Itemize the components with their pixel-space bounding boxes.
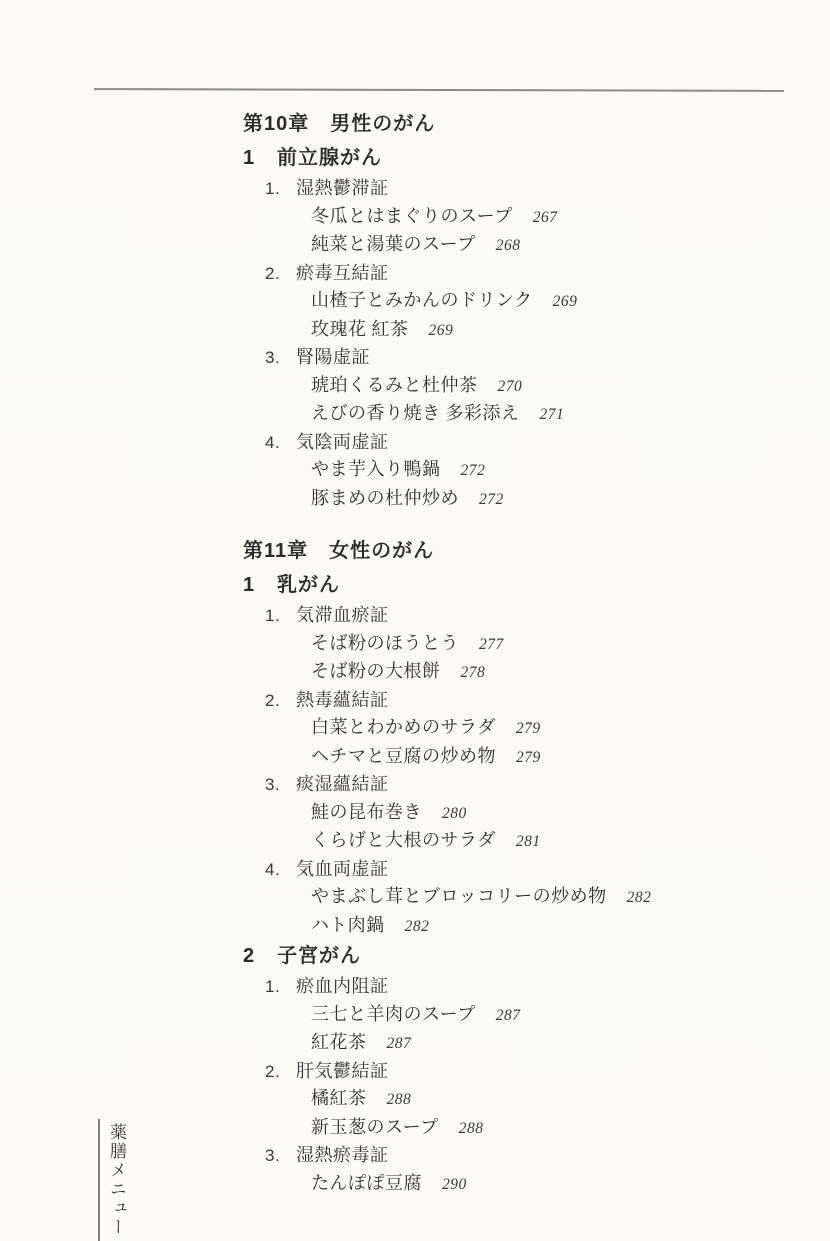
- pattern-row: 2.熱毒蘊結証: [243, 687, 743, 715]
- pattern-number: 2.: [265, 261, 296, 288]
- recipe-name: 豚まめの杜仲炒め: [311, 488, 459, 508]
- recipe-name: 冬瓜とはまぐりのスープ: [311, 206, 513, 226]
- page-number: 288: [387, 1091, 412, 1108]
- recipe-row: 玫瑰花 紅茶269: [243, 316, 743, 345]
- recipe-row: ハト肉鍋282: [243, 912, 743, 941]
- recipe-name: 白菜とわかめのサラダ: [311, 717, 496, 737]
- pattern-number: 1.: [265, 974, 296, 1001]
- page-number: 281: [516, 833, 541, 850]
- page-number: 272: [461, 462, 486, 479]
- pattern-number: 3.: [265, 345, 296, 372]
- recipe-name: やまぶし茸とブロッコリーの炒め物: [311, 886, 607, 906]
- pattern-row: 3.湿熱瘀毒証: [243, 1142, 743, 1170]
- page-number: 290: [442, 1176, 467, 1193]
- page-number: 277: [479, 636, 504, 653]
- pattern-row: 2.肝気鬱結証: [243, 1058, 743, 1086]
- pattern-row: 4.気血両虚証: [243, 856, 743, 884]
- recipe-row: えびの香り焼き 多彩添え271: [243, 400, 743, 429]
- pattern-row: 2.瘀毒互結証: [243, 260, 743, 288]
- section-row: 1乳がん: [243, 569, 743, 602]
- pattern-number: 2.: [265, 688, 296, 715]
- page-number: 271: [540, 406, 565, 423]
- recipe-name: 三七と羊肉のスープ: [311, 1004, 476, 1024]
- recipe-row: 山楂子とみかんのドリンク269: [243, 287, 743, 316]
- recipe-row: くらげと大根のサラダ281: [243, 827, 743, 856]
- pattern-number: 1.: [265, 603, 296, 630]
- toc: 第10章 男性のがん1前立腺がん1.湿熱鬱滞証冬瓜とはまぐりのスープ267純菜と…: [243, 106, 743, 1198]
- recipe-row: 新玉葱のスープ288: [243, 1114, 743, 1143]
- recipe-row: 三七と羊肉のスープ287: [243, 1001, 743, 1030]
- recipe-row: 純菜と湯葉のスープ268: [243, 231, 743, 260]
- recipe-row: 冬瓜とはまぐりのスープ267: [243, 203, 743, 232]
- recipe-name: たんぽぽ豆腐: [311, 1173, 422, 1193]
- sidebar-vertical-label: 薬膳メニュー: [104, 1123, 129, 1237]
- pattern-name: 気陰両虚証: [296, 432, 389, 452]
- sidebar-vertical-rule: [98, 1119, 100, 1241]
- recipe-row: 鮭の昆布巻き280: [243, 799, 743, 828]
- section-row: 1前立腺がん: [243, 142, 743, 175]
- page-number: 267: [533, 209, 558, 226]
- pattern-row: 1.気滞血瘀証: [243, 602, 743, 630]
- pattern-name: 気滞血瘀証: [296, 605, 389, 625]
- pattern-number: 3.: [265, 1143, 296, 1170]
- recipe-name: 琥珀くるみと杜仲茶: [311, 375, 478, 395]
- recipe-row: 橘紅茶288: [243, 1085, 743, 1114]
- chapter-title: 第11章 女性のがん: [243, 533, 743, 569]
- recipe-name: そば粉のほうとう: [311, 633, 459, 653]
- pattern-name: 湿熱瘀毒証: [296, 1145, 389, 1165]
- recipe-name: ハト肉鍋: [311, 915, 385, 935]
- pattern-name: 瘀毒互結証: [296, 263, 389, 283]
- recipe-name: 橘紅茶: [311, 1088, 367, 1108]
- recipe-name: えびの香り焼き 多彩添え: [311, 403, 520, 423]
- page-number: 287: [387, 1035, 412, 1052]
- page-number: 288: [459, 1120, 484, 1137]
- section-number: 2: [243, 940, 277, 973]
- pattern-row: 3.痰湿蘊結証: [243, 771, 743, 799]
- recipe-row: そば粉の大根餅278: [243, 658, 743, 687]
- chapter-title: 第10章 男性のがん: [243, 106, 743, 142]
- page-number: 279: [516, 720, 541, 737]
- recipe-name: 玫瑰花 紅茶: [311, 319, 409, 339]
- section-title: 前立腺がん: [277, 147, 382, 169]
- pattern-name: 痰湿蘊結証: [296, 774, 389, 794]
- recipe-row: 豚まめの杜仲炒め272: [243, 485, 743, 514]
- pattern-number: 4.: [265, 430, 296, 457]
- recipe-row: たんぽぽ豆腐290: [243, 1170, 743, 1199]
- pattern-name: 瘀血内阻証: [296, 976, 389, 996]
- pattern-name: 気血両虚証: [296, 859, 389, 879]
- recipe-name: 鮭の昆布巻き: [311, 802, 422, 822]
- recipe-row: そば粉のほうとう277: [243, 630, 743, 659]
- pattern-number: 2.: [265, 1059, 296, 1086]
- pattern-name: 湿熱鬱滞証: [296, 178, 389, 198]
- recipe-name: 純菜と湯葉のスープ: [311, 234, 476, 254]
- page-number: 269: [429, 322, 454, 339]
- page-number: 287: [496, 1007, 521, 1024]
- recipe-row: 紅花茶287: [243, 1029, 743, 1058]
- pattern-row: 4.気陰両虚証: [243, 429, 743, 457]
- page-number: 282: [627, 889, 652, 906]
- pattern-number: 3.: [265, 772, 296, 799]
- section-title: 乳がん: [277, 574, 340, 596]
- recipe-name: 山楂子とみかんのドリンク: [311, 290, 533, 310]
- page-number: 280: [442, 805, 467, 822]
- recipe-name: ヘチマと豆腐の炒め物: [311, 746, 496, 766]
- recipe-name: 紅花茶: [311, 1032, 367, 1052]
- page-number: 282: [405, 918, 430, 935]
- pattern-number: 1.: [265, 176, 296, 203]
- page-number: 272: [479, 491, 504, 508]
- recipe-row: 琥珀くるみと杜仲茶270: [243, 372, 743, 401]
- pattern-name: 腎陽虚証: [296, 347, 370, 367]
- page-number: 278: [461, 664, 486, 681]
- section-row: 2子宮がん: [243, 940, 743, 973]
- pattern-number: 4.: [265, 857, 296, 884]
- pattern-name: 熱毒蘊結証: [296, 690, 389, 710]
- pattern-row: 1.湿熱鬱滞証: [243, 175, 743, 203]
- recipe-name: くらげと大根のサラダ: [311, 830, 496, 850]
- page-number: 270: [498, 378, 523, 395]
- section-number: 1: [243, 569, 277, 602]
- section-number: 1: [243, 142, 277, 175]
- pattern-row: 3.腎陽虚証: [243, 344, 743, 372]
- chapter-block: 第10章 男性のがん1前立腺がん1.湿熱鬱滞証冬瓜とはまぐりのスープ267純菜と…: [243, 106, 743, 513]
- page-number: 268: [496, 237, 521, 254]
- recipe-name: そば粉の大根餅: [311, 661, 441, 681]
- pattern-row: 1.瘀血内阻証: [243, 973, 743, 1001]
- section-title: 子宮がん: [277, 945, 361, 967]
- recipe-row: 白菜とわかめのサラダ279: [243, 714, 743, 743]
- page-number: 269: [553, 293, 578, 310]
- recipe-row: やま芋入り鴨鍋272: [243, 456, 743, 485]
- chapter-block: 第11章 女性のがん1乳がん1.気滞血瘀証そば粉のほうとう277そば粉の大根餅2…: [243, 533, 743, 1198]
- pattern-name: 肝気鬱結証: [296, 1061, 389, 1081]
- page-number: 279: [516, 749, 541, 766]
- recipe-name: やま芋入り鴨鍋: [311, 459, 441, 479]
- recipe-row: やまぶし茸とブロッコリーの炒め物282: [243, 883, 743, 912]
- recipe-row: ヘチマと豆腐の炒め物279: [243, 743, 743, 772]
- recipe-name: 新玉葱のスープ: [311, 1117, 439, 1137]
